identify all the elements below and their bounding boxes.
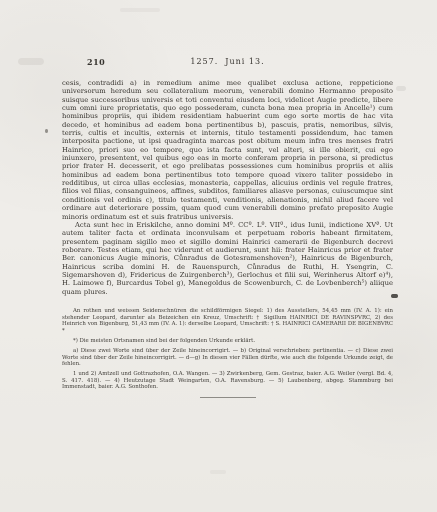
footnote-number-notes: 1 und 2) Amtzell und Gottrazhofen, O.A. … (62, 371, 393, 391)
charter-date-heading: 1257.Juni 13. (62, 57, 393, 66)
charter-paragraph-acta-and-witnesses: Acta sunt hec in Eriskilche, anno domini… (62, 221, 393, 296)
scanned-book-page: 210 1257.Juni 13. cesis, contradidi a) i… (0, 0, 437, 512)
charter-date-day: Juni 13. (225, 57, 264, 66)
footnote-placenames-reference: *) Die meisten Ortsnamen sind bei der fo… (62, 338, 393, 345)
scan-smudge (120, 8, 160, 12)
scan-smudge (210, 470, 226, 474)
charter-paragraph-continuation: cesis, contradidi a) in remedium anime m… (62, 79, 393, 221)
scan-smudge (18, 58, 44, 65)
page-header: 210 1257.Juni 13. (62, 57, 393, 69)
footnote-seal-description: An rothen und weissen Seidenschnüren die… (62, 308, 393, 334)
charter-date-year: 1257. (190, 57, 218, 66)
footnote-letter-notes: a) Diese zwei Worte sind über der Zeile … (62, 348, 393, 368)
scan-speck (45, 129, 48, 133)
editorial-footnotes: An rothen und weissen Seidenschnüren die… (62, 308, 393, 391)
charter-body: cesis, contradidi a) in remedium anime m… (62, 79, 393, 398)
section-divider (200, 397, 256, 398)
page-number: 210 (87, 57, 105, 67)
scan-smudge (396, 86, 406, 91)
